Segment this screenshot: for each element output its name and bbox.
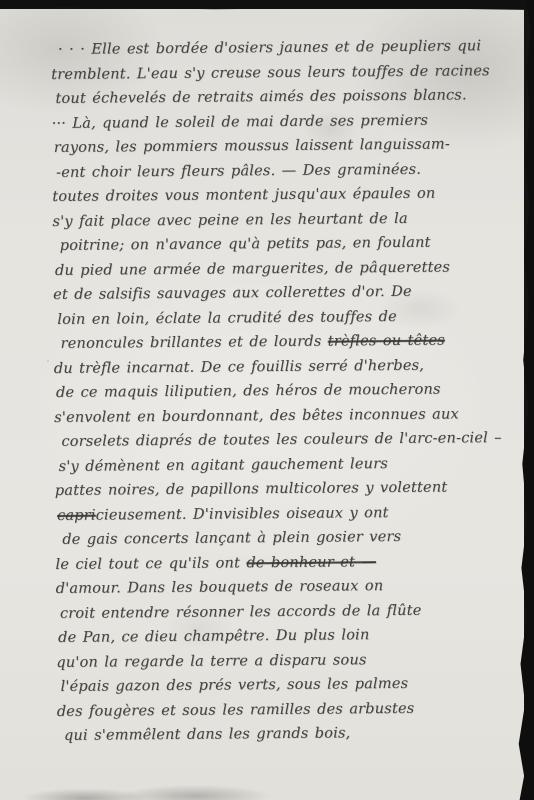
manuscript-text-segment: de gais concerts lançant à plein gosier … <box>62 529 401 548</box>
manuscript-text-segment: cieusement. D'invisibles oiseaux y ont <box>96 505 389 524</box>
manuscript-line: · · · Elle est bordée d'osiers jaunes et… <box>58 34 503 62</box>
manuscript-text-segment: qui s'emmêlent dans les grands bois, <box>64 725 351 743</box>
manuscript-line: de ce maquis liliputien, des héros de mo… <box>56 377 506 405</box>
manuscript-line: qui s'emmêlent dans les grands bois, <box>64 720 509 748</box>
manuscript-text-segment: s'envolent en bourdonnant, des bêtes inc… <box>54 406 459 426</box>
manuscript-text-segment: pattes noires, de papillons multicolores… <box>55 480 448 499</box>
manuscript-text-segment: de bonheur et — <box>246 554 376 571</box>
manuscript-text-segment: rayons, les pommiers moussus laissent la… <box>54 137 450 156</box>
manuscript-text-segment: d'amour. Dans les bouquets de roseaux on <box>56 578 384 597</box>
manuscript-text-segment: de ce maquis liliputien, des héros de mo… <box>56 382 441 401</box>
manuscript-text-segment: loin en loin, éclate la crudité des touf… <box>57 308 397 327</box>
manuscript-line: pattes noires, de papillons multicolores… <box>55 475 507 503</box>
manuscript-text: · · · Elle est bordée d'osiers jaunes et… <box>51 34 509 748</box>
manuscript-text-segment: croit entendre résonner les accords de l… <box>60 602 422 621</box>
manuscript-text-segment: le ciel tout ce qu'ils ont <box>55 555 246 573</box>
manuscript-text-segment: renoncules brillantes et de lourds <box>61 334 328 352</box>
manuscript-text-segment: du pied une armée de marguerites, de pâq… <box>55 259 450 278</box>
manuscript-line: rayons, les pommiers moussus laissent la… <box>54 132 504 160</box>
manuscript-text-segment: capri <box>57 507 96 523</box>
manuscript-photo: · · · Elle est bordée d'osiers jaunes et… <box>0 0 534 800</box>
manuscript-text-segment: qu'on la regarde la terre a disparu sous <box>56 652 366 671</box>
manuscript-text-segment: ··· Là, quand le soleil de mai darde ses… <box>52 112 429 131</box>
manuscript-text-segment: s'y démènent en agitant gauchement leurs <box>59 456 388 475</box>
manuscript-line: renoncules brillantes et de lourds trèfl… <box>60 328 505 356</box>
manuscript-text-segment: du trèfle incarnat. De ce fouillis serré… <box>54 357 424 376</box>
manuscript-text-segment: -ent choir leurs fleurs pâles. — Des gra… <box>56 161 421 180</box>
manuscript-text-segment: trèfles ou têtes <box>328 333 445 350</box>
manuscript-text-segment: corselets diaprés de toutes les couleurs… <box>61 430 501 450</box>
manuscript-text-segment: poitrine; on n'avance qu'à petits pas, e… <box>60 235 431 254</box>
manuscript-text-segment: · · · Elle est bordée d'osiers jaunes et… <box>58 38 481 58</box>
manuscript-line: tout échevelés de retraits aimés des poi… <box>55 83 503 111</box>
manuscript-text-segment: s'y fait place avec peine en les heurtan… <box>52 210 407 229</box>
manuscript-line: du pied une armée de marguerites, de pâq… <box>55 255 505 283</box>
manuscript-text-segment: des fougères et sous les ramilles des ar… <box>57 700 415 719</box>
manuscript-text-segment: tout échevelés de retraits aimés des poi… <box>55 87 466 107</box>
manuscript-text-segment: tremblent. L'eau s'y creuse sous leurs t… <box>51 63 490 83</box>
manuscript-text-segment: toutes droites vous montent jusqu'aux ép… <box>52 186 435 205</box>
manuscript-text-segment: et de salsifis sauvages aux collerettes … <box>53 284 412 303</box>
manuscript-text-segment: de Pan, ce dieu champêtre. Du plus loin <box>58 627 369 646</box>
manuscript-line: corselets diaprés de toutes les couleurs… <box>61 426 506 454</box>
manuscript-page: · · · Elle est bordée d'osiers jaunes et… <box>0 9 524 800</box>
manuscript-text-segment: l'épais gazon des prés verts, sous les p… <box>61 676 409 695</box>
